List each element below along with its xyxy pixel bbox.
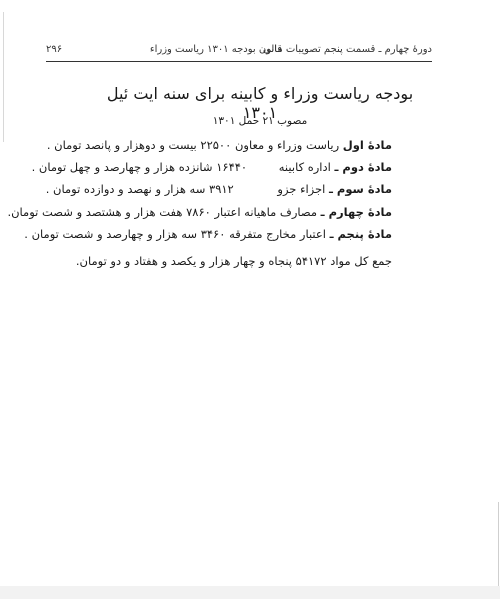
scan-edge-shadow — [3, 12, 4, 142]
article-3: مادهٔ سوم ـ اجزاء جزو ۳۹۱۲ سه هزار و نهص… — [46, 182, 392, 196]
article-amount: ۱۶۴۴۰ — [216, 160, 247, 174]
article-amount-words: هفت هزار و هشتصد و شصت تومان. — [7, 205, 182, 219]
article-amount: ۳۴۶۰ — [201, 227, 226, 241]
article-label: مادهٔ پنجم ـ — [330, 227, 392, 241]
article-label: مادهٔ اول — [343, 138, 392, 152]
article-amount-words: شانزده هزار و چهارصد و چهل تومان . — [32, 160, 213, 174]
approval-date: مصوب ۲۱ حمل ۱۳۰۱ — [100, 115, 420, 127]
article-5: مادهٔ پنجم ـ اعتبار مخارج متفرقه ۳۴۶۰ سه… — [24, 227, 392, 241]
article-1: مادهٔ اول ریاست وزراء و معاون ۲۲۵۰۰ بیست… — [47, 138, 392, 152]
article-item: اجزاء جزو — [277, 182, 325, 196]
article-item: ریاست وزراء و معاون — [235, 138, 339, 152]
total-amount: ۵۴۱۷۲ — [296, 254, 327, 268]
running-head-topic: قانون بودجه ۱۳۰۱ ریاست وزراء — [150, 44, 282, 55]
scan-bottom-margin — [0, 586, 500, 599]
page-number: ۲۹۶ — [46, 44, 62, 55]
article-amount: ۲۲۵۰۰ — [200, 138, 231, 152]
article-item: مصارف ماهیانه اعتبار — [214, 205, 317, 219]
article-item: اداره کابینه — [279, 160, 331, 174]
running-head-section: دورهٔ چهارم ـ قسمت پنجم تصویبات مالی — [263, 44, 432, 55]
article-amount: ۳۹۱۲ — [209, 182, 234, 196]
total-label: جمع کل مواد — [330, 254, 392, 268]
article-label: مادهٔ چهارم ـ — [321, 205, 392, 219]
scan-edge-right — [498, 502, 499, 586]
total-amount-words: پنجاه و چهار هزار و یکصد و هفتاد و دو تو… — [76, 254, 292, 268]
article-2: مادهٔ دوم ـ اداره کابینه ۱۶۴۴۰ شانزده هز… — [32, 160, 392, 174]
article-label: مادهٔ سوم ـ — [329, 182, 392, 196]
article-amount-words: بیست و دوهزار و پانصد تومان . — [47, 138, 197, 152]
article-amount-words: سه هزار و چهارصد و شصت تومان . — [24, 227, 197, 241]
article-4: مادهٔ چهارم ـ مصارف ماهیانه اعتبار ۷۸۶۰ … — [7, 205, 392, 219]
running-head: دورهٔ چهارم ـ قسمت پنجم تصویبات مالی قان… — [46, 42, 432, 60]
article-amount: ۷۸۶۰ — [186, 205, 211, 219]
total-line: جمع کل مواد ۵۴۱۷۲ پنجاه و چهار هزار و یک… — [76, 254, 392, 268]
article-amount-words: سه هزار و نهصد و دوازده تومان . — [46, 182, 206, 196]
article-label: مادهٔ دوم ـ — [334, 160, 392, 174]
header-rule — [46, 61, 432, 62]
article-item: اعتبار مخارج متفرقه — [229, 227, 326, 241]
